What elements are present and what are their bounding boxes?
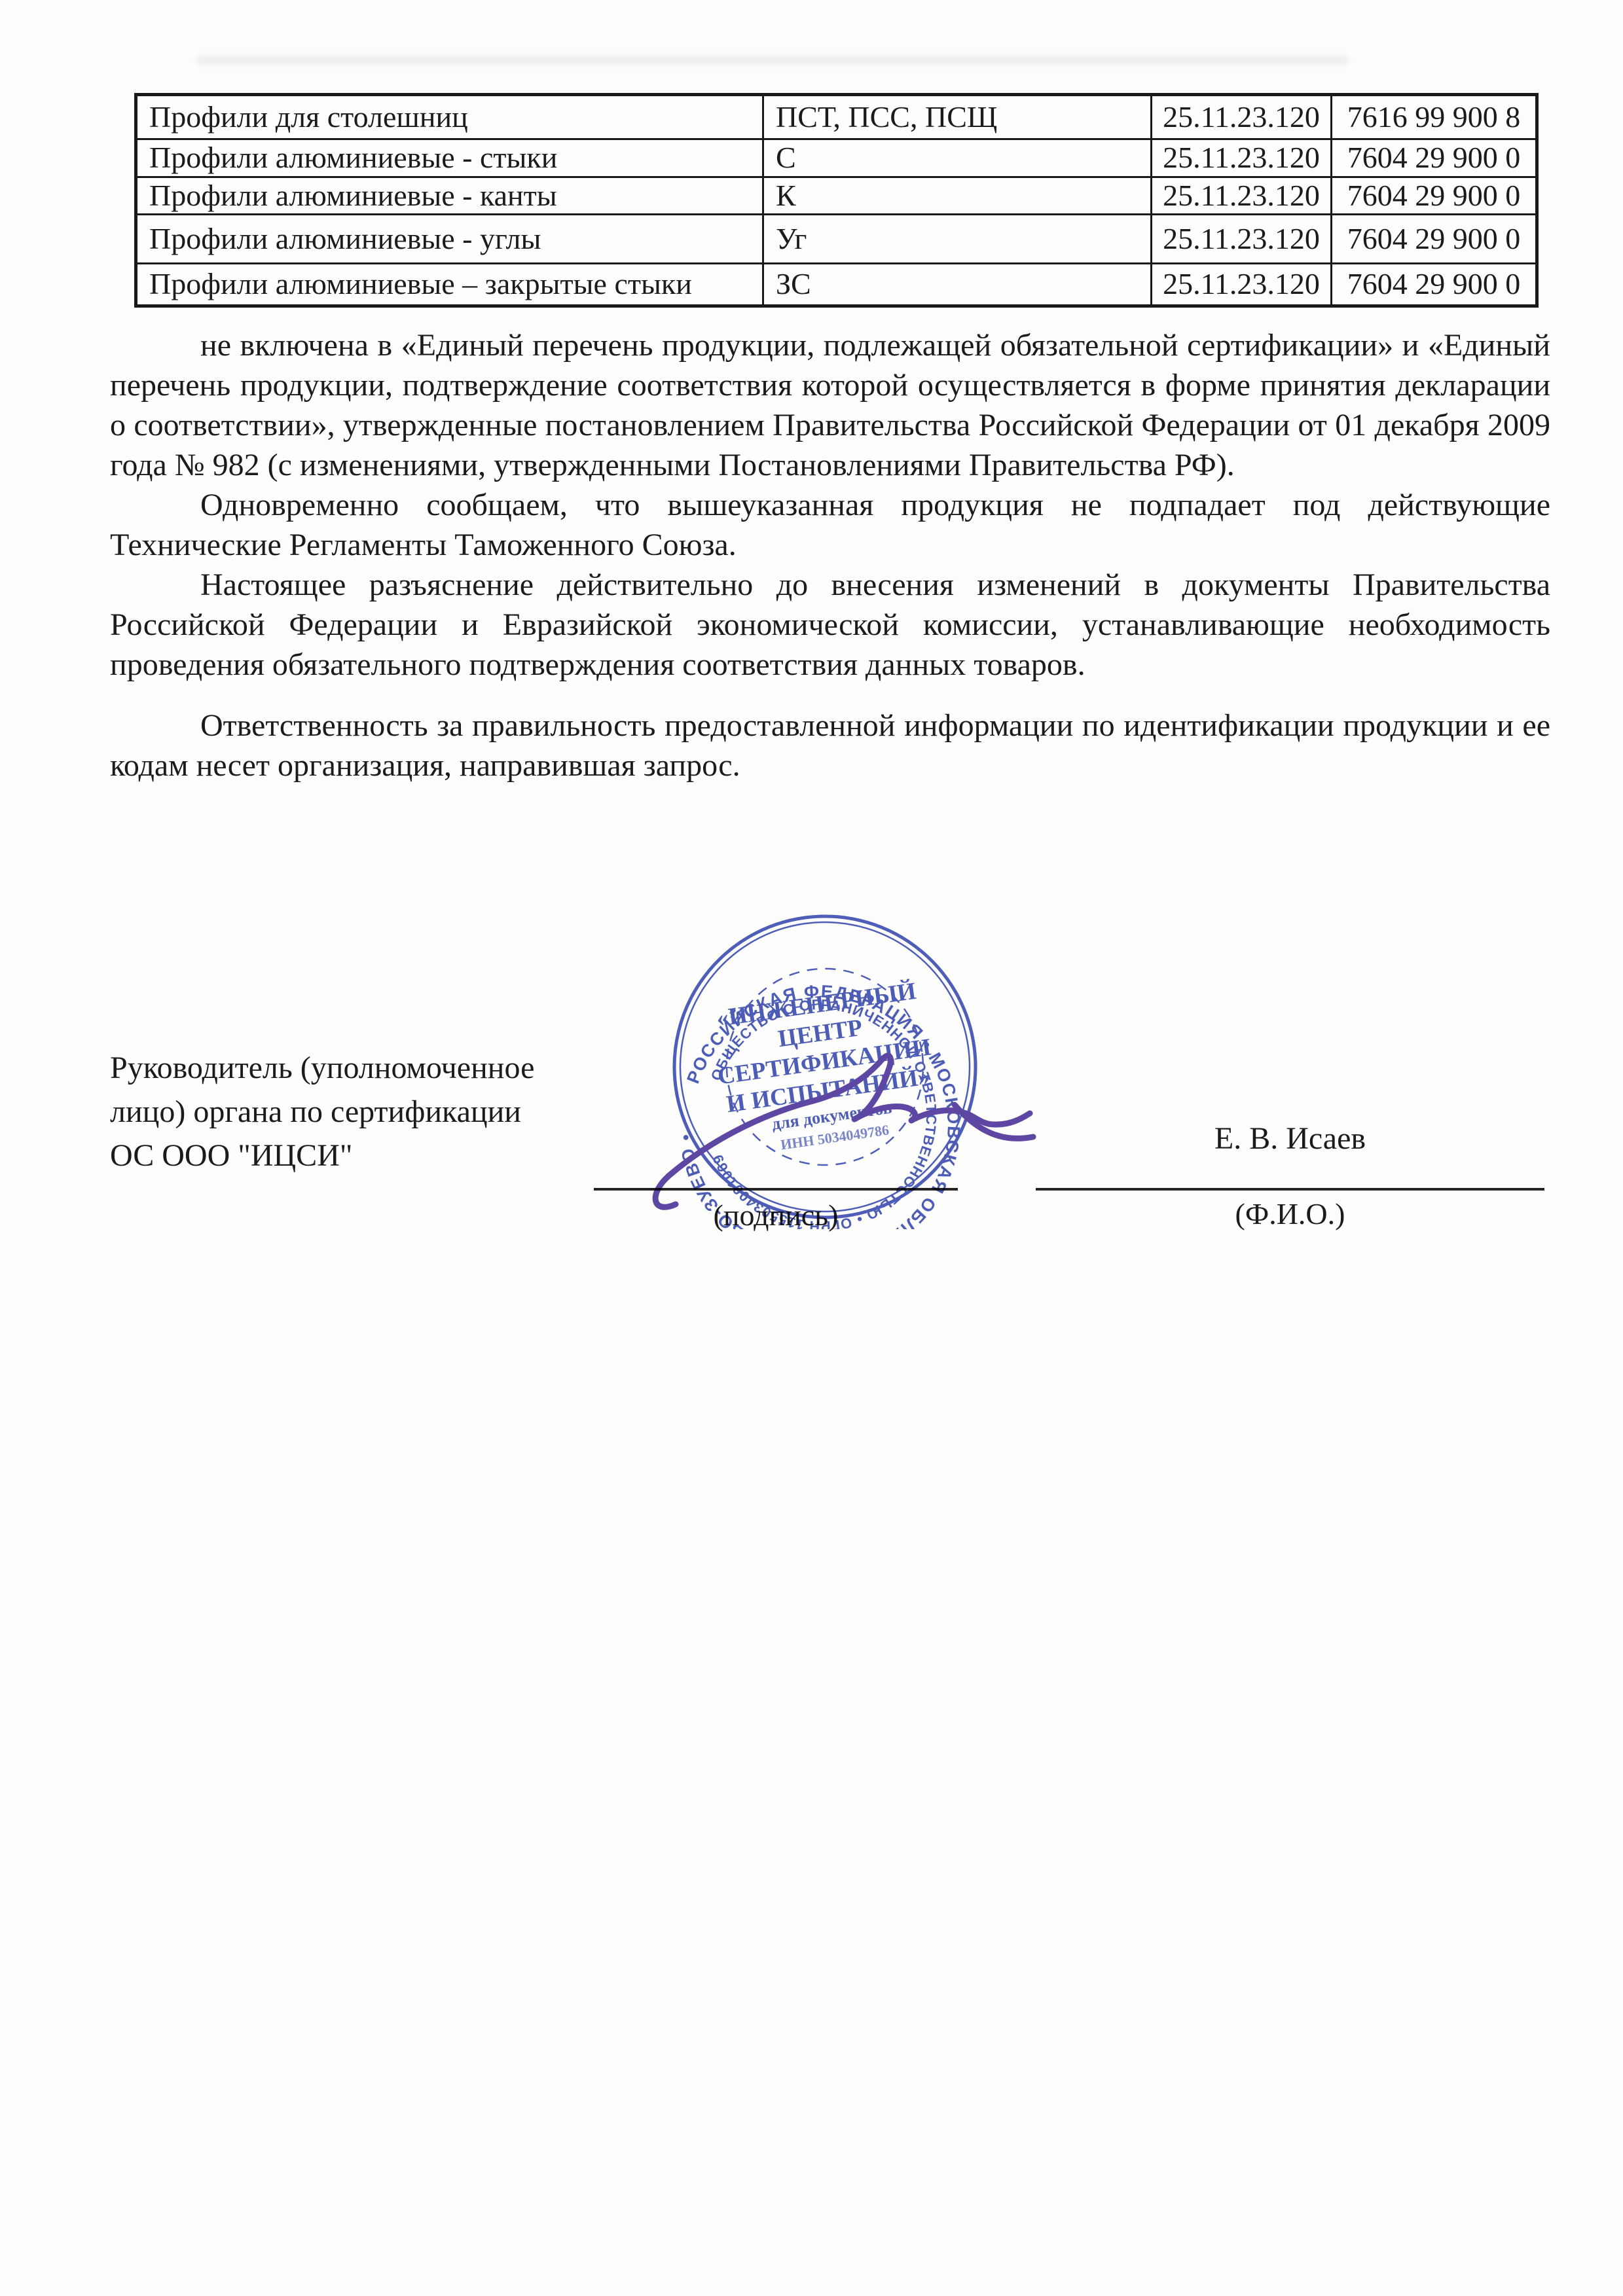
tnved-code-cell: 7616 99 900 8 bbox=[1332, 95, 1537, 139]
product-name-cell: Профили для столешниц bbox=[136, 95, 763, 139]
okpd-code-cell: 25.11.23.120 bbox=[1152, 139, 1332, 177]
signer-name: Е. В. Исаев bbox=[1036, 1121, 1544, 1157]
table-row: Профили алюминиевые - углы Уг 25.11.23.1… bbox=[136, 215, 1537, 264]
product-name-cell: Профили алюминиевые – закрытые стыки bbox=[136, 264, 763, 306]
scan-artifact bbox=[196, 55, 1349, 65]
product-name-cell: Профили алюминиевые - канты bbox=[136, 177, 763, 215]
marking-cell: ЗС bbox=[763, 264, 1152, 306]
paragraph-validity: Настоящее разъяснение действительно до в… bbox=[110, 565, 1550, 685]
paragraph-responsibility: Ответственность за правильность предоста… bbox=[110, 706, 1550, 785]
table-row: Профили алюминиевые - стыки С 25.11.23.1… bbox=[136, 139, 1537, 177]
table-row: Профили алюминиевые – закрытые стыки ЗС … bbox=[136, 264, 1537, 306]
marking-cell: Уг bbox=[763, 215, 1152, 264]
product-name-cell: Профили алюминиевые - углы bbox=[136, 215, 763, 264]
marking-cell: С bbox=[763, 139, 1152, 177]
okpd-code-cell: 25.11.23.120 bbox=[1152, 95, 1332, 139]
stamp-center-text: «ИНЖЕНЕРНЫЙ ЦЕНТР СЕРТИФИКАЦИИ И ИСПЫТАН… bbox=[708, 976, 943, 1160]
tnved-code-cell: 7604 29 900 0 bbox=[1332, 139, 1537, 177]
marking-cell: К bbox=[763, 177, 1152, 215]
table-row: Профили алюминиевые - канты К 25.11.23.1… bbox=[136, 177, 1537, 215]
fio-caption: (Ф.И.О.) bbox=[1036, 1196, 1544, 1231]
okpd-code-cell: 25.11.23.120 bbox=[1152, 177, 1332, 215]
okpd-code-cell: 25.11.23.120 bbox=[1152, 264, 1332, 306]
tnved-code-cell: 7604 29 900 0 bbox=[1332, 177, 1537, 215]
okpd-code-cell: 25.11.23.120 bbox=[1152, 215, 1332, 264]
tnved-code-cell: 7604 29 900 0 bbox=[1332, 215, 1537, 264]
body-text: не включена в «Единый перечень продукции… bbox=[110, 325, 1550, 785]
marking-cell: ПСТ, ПСС, ПСЩ bbox=[763, 95, 1152, 139]
product-name-cell: Профили алюминиевые - стыки bbox=[136, 139, 763, 177]
scanned-document-page: Профили для столешниц ПСТ, ПСС, ПСЩ 25.1… bbox=[0, 0, 1623, 2296]
product-codes-table: Профили для столешниц ПСТ, ПСС, ПСЩ 25.1… bbox=[134, 93, 1539, 308]
paragraph-tech-regulations: Одновременно сообщаем, что вышеуказанная… bbox=[110, 485, 1550, 565]
tnved-code-cell: 7604 29 900 0 bbox=[1332, 264, 1537, 306]
paragraph-not-included: не включена в «Единый перечень продукции… bbox=[110, 325, 1550, 485]
round-stamp: РОССИЙСКАЯ ФЕДЕРАЦИЯ • МОСКОВСКАЯ ОБЛАСТ… bbox=[629, 908, 1061, 1229]
table-row: Профили для столешниц ПСТ, ПСС, ПСЩ 25.1… bbox=[136, 95, 1537, 139]
fio-line bbox=[1036, 1188, 1544, 1191]
